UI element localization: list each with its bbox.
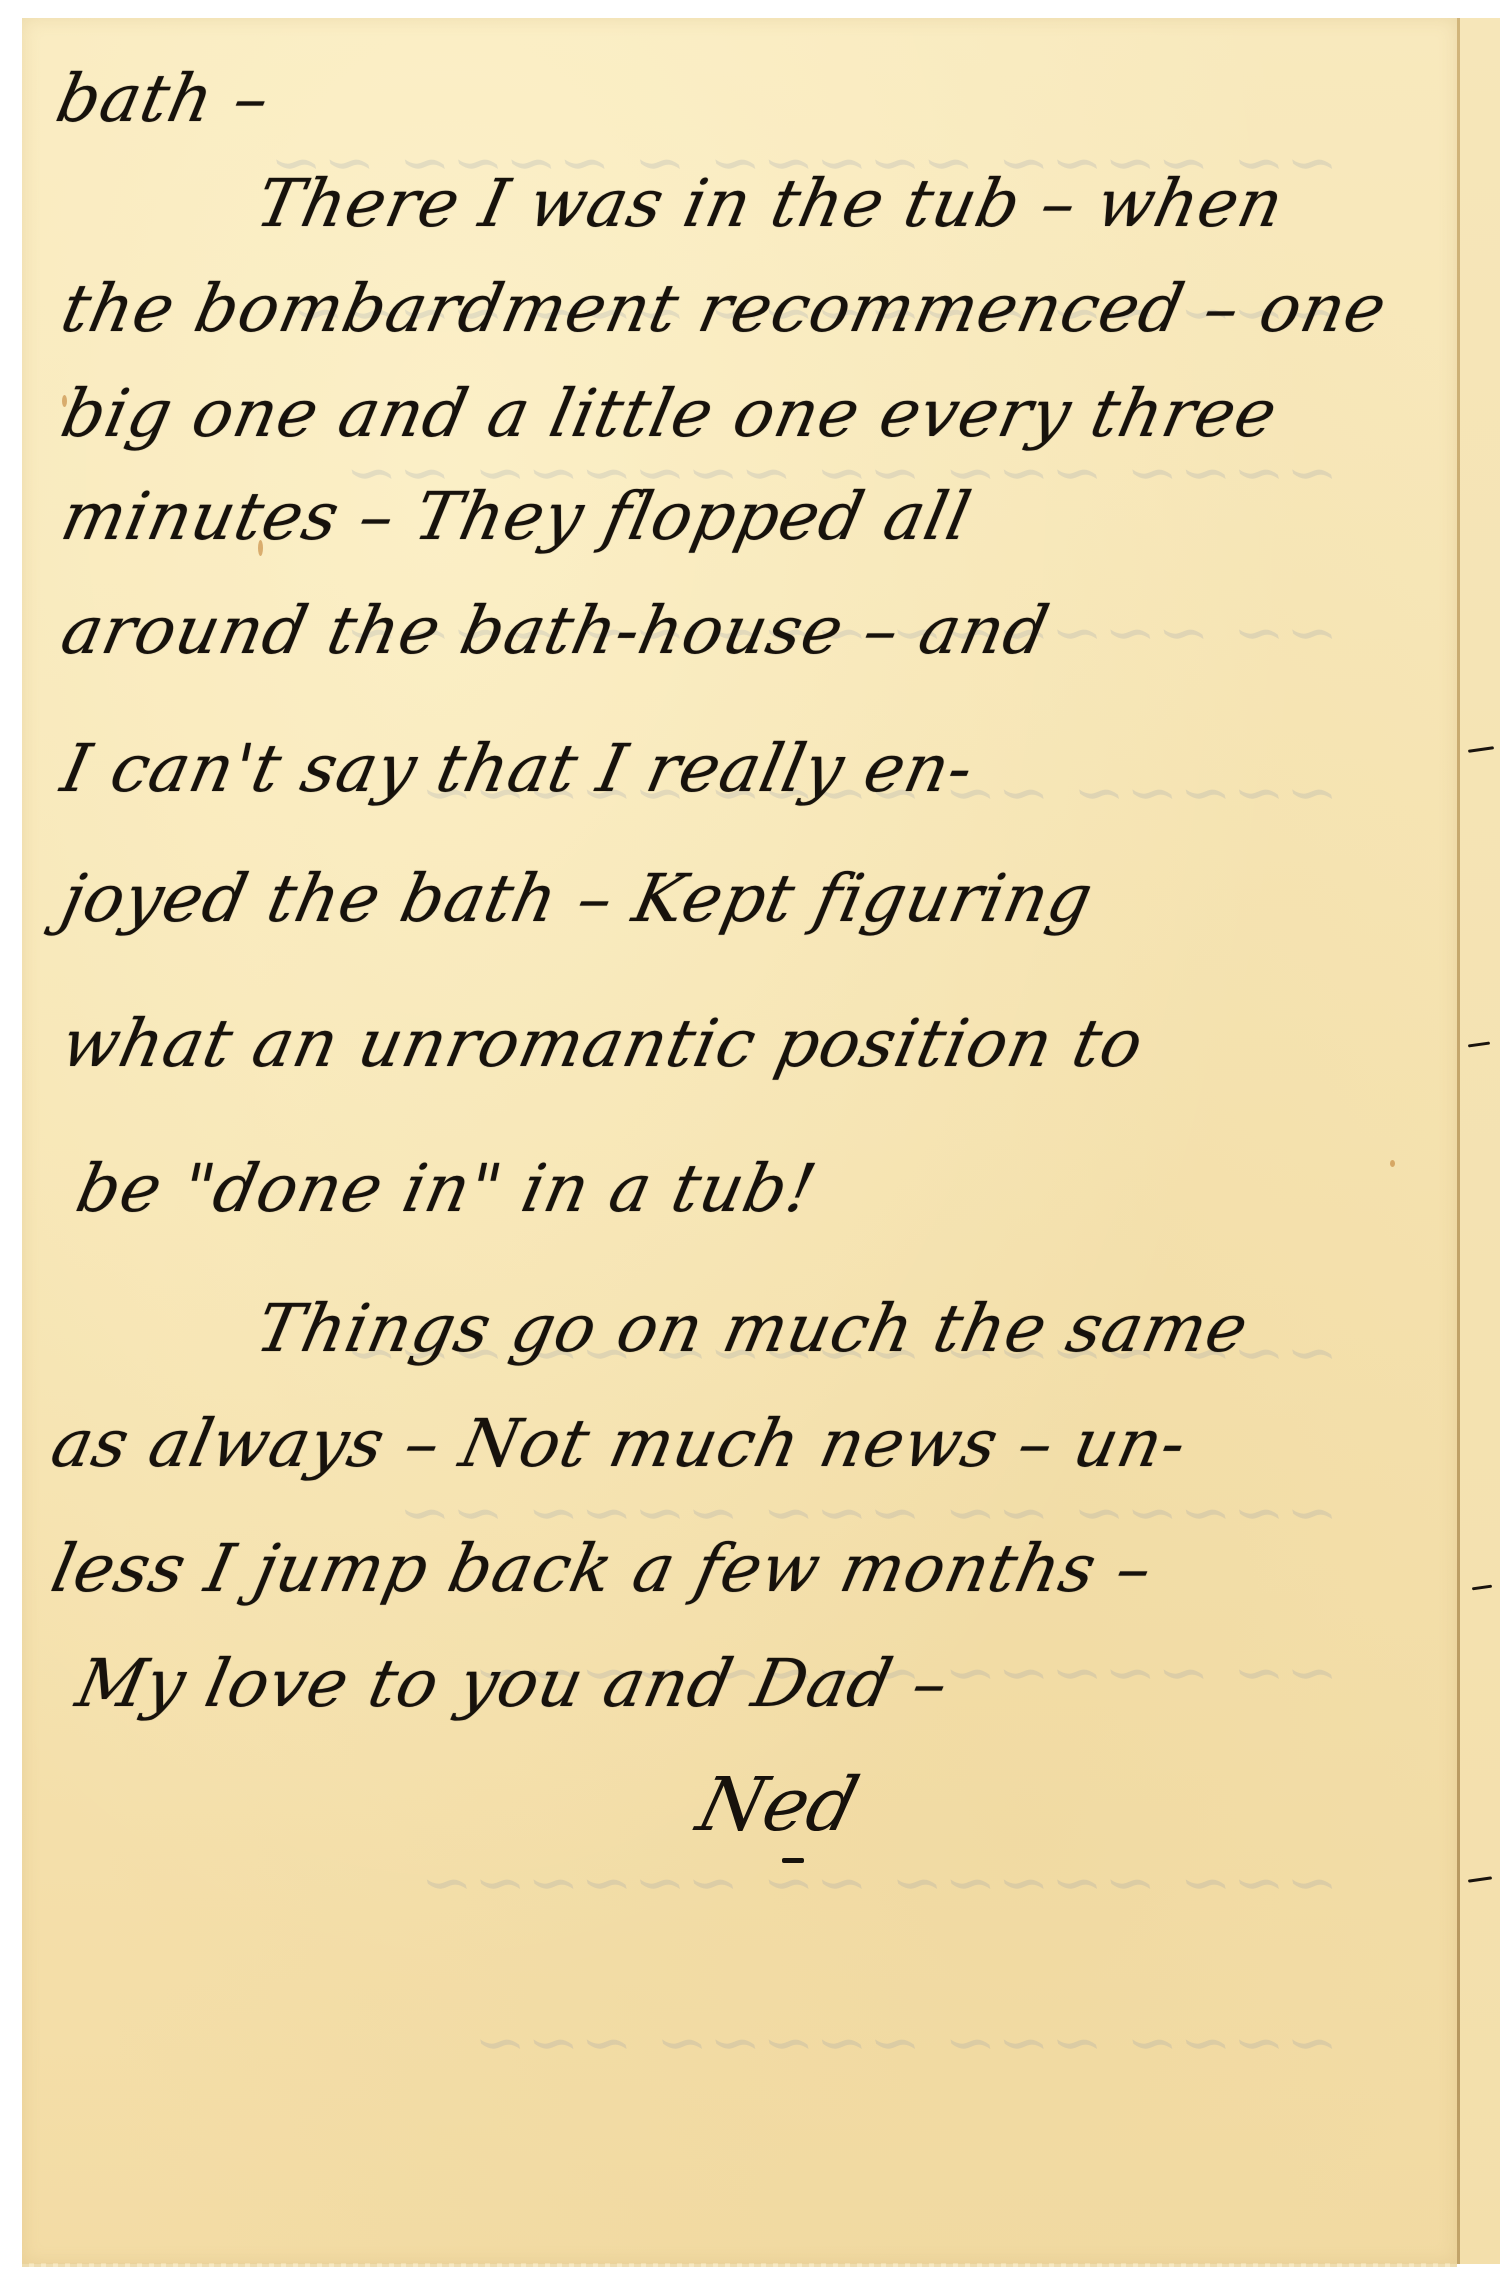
letter-line: I can't say that I really en- [55,730,981,807]
letter-body: bath – There I was in the tub – when the… [0,0,1457,2283]
ink-mark [1468,746,1494,753]
letter-line: around the bath-house – and [55,592,1056,669]
letter-line: big one and a little one every three [55,375,1284,452]
ink-mark [1468,1041,1490,1047]
letter-line: bath – [50,60,277,137]
ink-mark [1472,1585,1492,1591]
signature-underline [782,1858,804,1863]
letter-line: minutes – They flopped all [55,478,978,555]
letter-line: the bombardment recommenced – one [55,270,1394,347]
letter-line: Things go on much the same [250,1290,1255,1367]
ink-mark [1468,1876,1492,1882]
letter-line: what an unromantic position to [55,1005,1150,1082]
letter-line: be "done in" in a tub! [70,1150,823,1227]
letter-line: as always – Not much news – un- [45,1405,1194,1482]
letter-line: less I jump back a few months – [45,1530,1160,1607]
letter-line: joyed the bath – Kept figuring [55,860,1100,937]
signature: Ned [689,1762,866,1848]
scan-background: ~~ ~~~~ ~~~~~ ~ ~~~~ ~~ ~~~ ~~ ~~~~~~ ~~… [0,0,1500,2283]
letter-line: There I was in the tub – when [250,165,1291,242]
letter-line: My love to you and Dad – [70,1645,956,1722]
adjacent-page-strip [1460,18,1500,2264]
